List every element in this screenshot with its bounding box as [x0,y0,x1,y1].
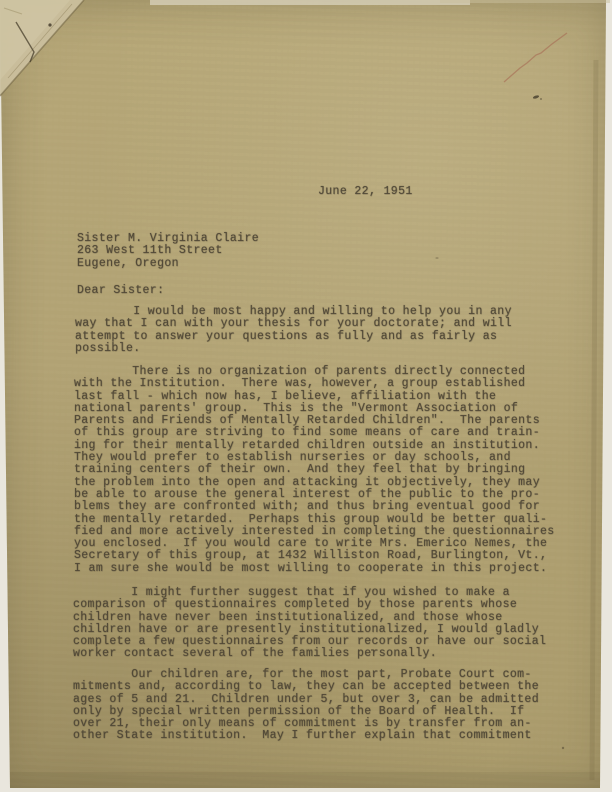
letter-paragraph-4: Our children are, for the most part, Pro… [73,669,539,743]
letter-date: June 22, 1951 [318,186,413,198]
letter-paragraph-2: There is no organization of parents dire… [74,366,555,575]
salutation: Dear Sister: [77,285,164,297]
letter-paragraph-3: I might further suggest that if you wish… [73,587,546,661]
letter-paragraph-1: I would be most happy and willing to hel… [75,306,512,355]
recipient-address: Sister M. Virginia Claire 263 West 11th … [77,233,259,270]
